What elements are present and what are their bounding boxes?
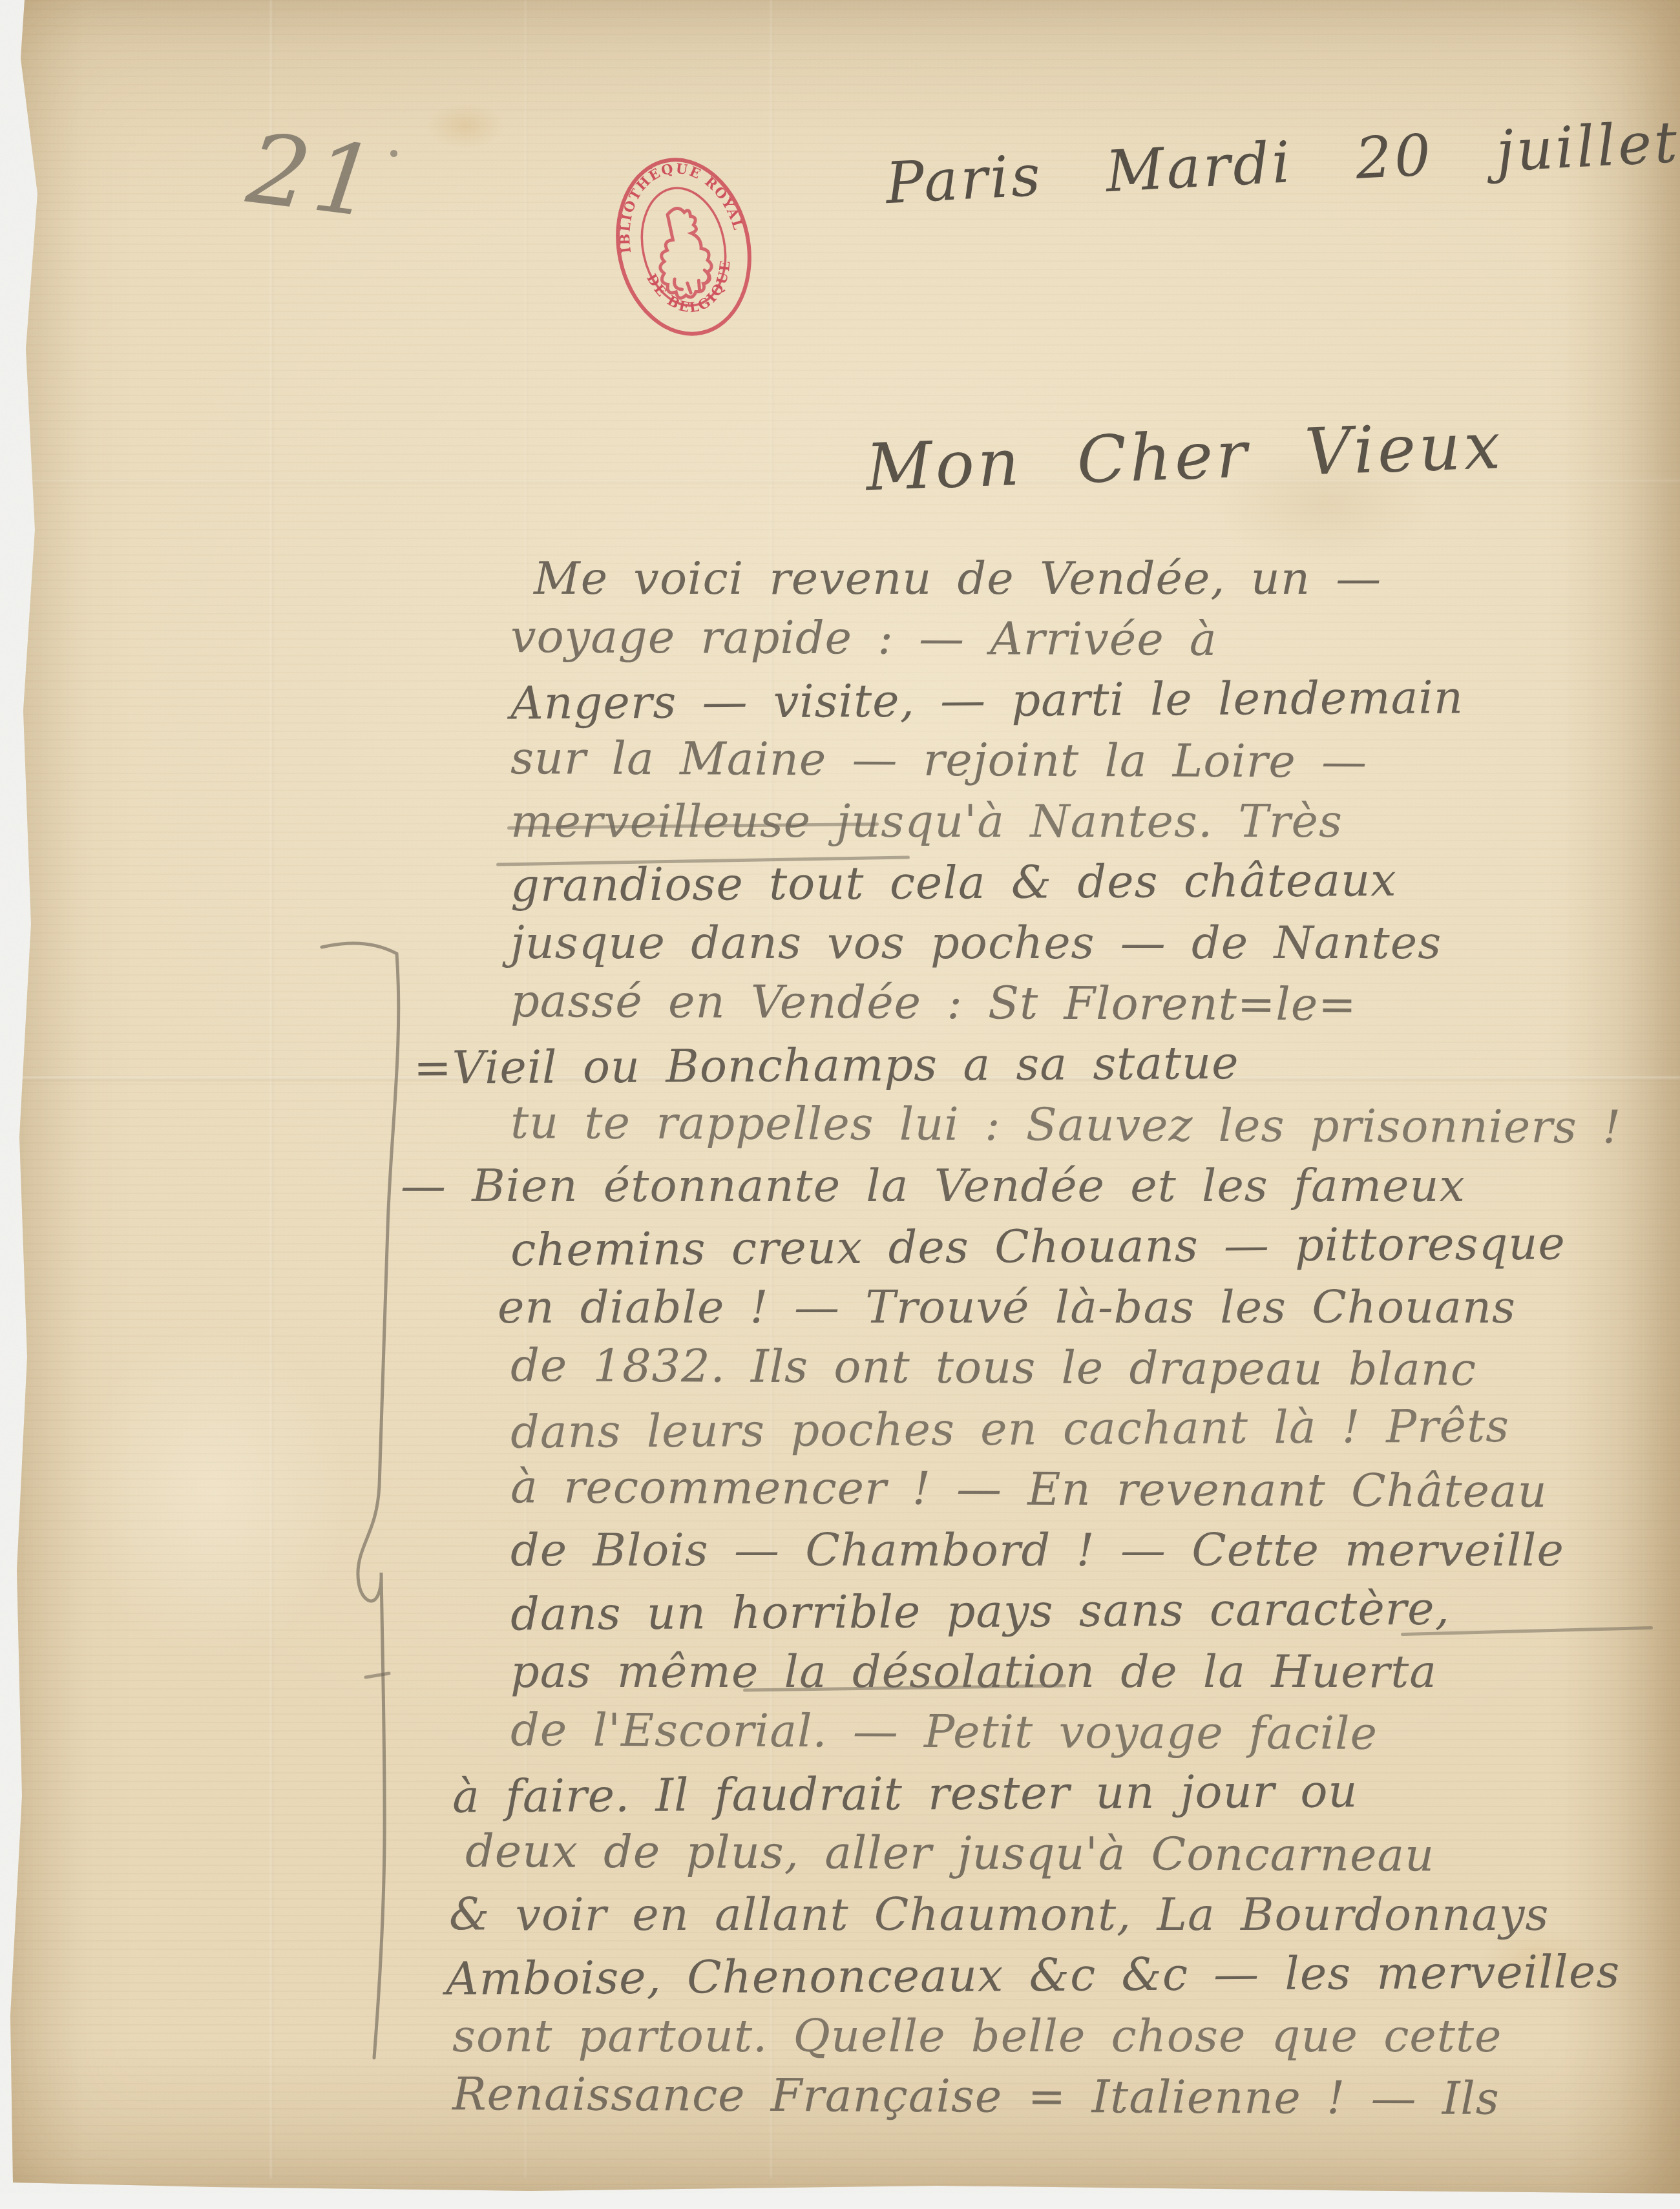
letter-line: pas même la désolation de la Huerta [510,1641,1654,1702]
fold-crease-vertical [270,0,273,2178]
folio-number: 21 [242,112,386,240]
letter-line: Amboise, Chenonceaux &c &c — les merveil… [446,1941,1655,2009]
letter-line: dans un horrible pays sans caractère, [510,1577,1655,1645]
letter-line: grandiose tout cela & des châteaux [510,848,1655,916]
letter-line: de l'Escorial. — Petit voyage facile [510,1699,1654,1765]
letter-line: voyage rapide : — Arrivée à [510,606,1654,672]
letter-line: à recommencer ! — En revenant Château [510,1456,1654,1522]
letter-line: de 1832. Ils ont tous le drapeau blanc [510,1335,1654,1401]
letter-line: de Blois — Chambord ! — Cette merveille [510,1520,1654,1580]
letter-line: chemins creux des Chouans — pittoresque [510,1213,1655,1281]
paper-stain [426,103,504,149]
letter-body: Me voici revenu de Vendée, un —voyage ra… [510,548,1654,2127]
letter-line: à faire. Il faudrait rester un jour ou [452,1759,1655,1827]
letter-line: =Vieil ou Bonchamps a sa statue [414,1030,1655,1098]
letter-line: sont partout. Quelle belle chose que cet… [452,2005,1654,2066]
letter-line: deux de plus, aller jusqu'à Concarneau [465,1821,1654,1887]
letter-line: Renaissance Française = Italienne ! — Il… [452,2064,1654,2130]
paper-highlight [78,1324,349,1660]
letter-line: & voir en allant Chaumont, La Bourdonnay… [449,1884,1654,1945]
folio-dot [390,150,397,157]
letter-line: jusque dans vos poches — de Nantes [510,912,1654,973]
letter-line: tu te rappelles lui : Sauvez les prisonn… [510,1092,1654,1158]
letter-line: Angers — visite, — parti le lendemain [510,666,1655,734]
letter-line: merveilleuse jusqu'à Nantes. Très [510,791,1654,852]
letter-line: en diable ! — Trouvé là-bas les Chouans [498,1277,1654,1337]
letter-line: — Bien étonnante la Vendée et les fameux [401,1155,1654,1216]
letter-line: Me voici revenu de Vendée, un — [534,548,1654,609]
letter-line: dans leurs poches en cachant là ! Prêts [510,1395,1655,1463]
letter-line: passé en Vendée : St Florent=le= [510,970,1654,1036]
scanned-letter-page: { "colors": { "paper": "#e9d9b9", "ink":… [0,0,1680,2209]
letter-line: sur la Maine — rejoint la Loire — [510,728,1654,793]
